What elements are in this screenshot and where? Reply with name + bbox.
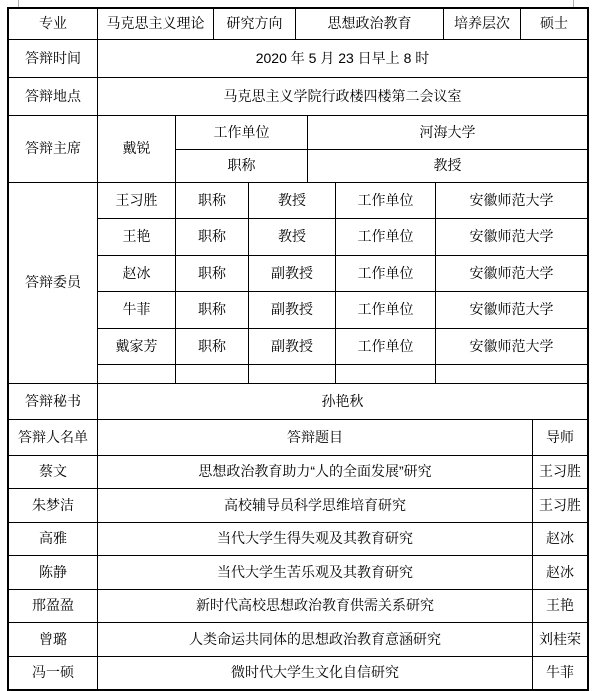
member-title-label: 职称 [176,219,249,254]
defense-row: 陈静 当代大学生苦乐观及其教育研究 赵冰 [9,556,587,589]
defense-time-label: 答辩时间 [9,40,98,77]
defense-place-row: 答辩地点 马克思主义学院行政楼四楼第二会议室 [9,78,587,116]
member-name [98,365,176,383]
secretary-label: 答辩秘书 [9,384,98,419]
member-title-label [176,365,249,383]
member-title-label: 职称 [176,183,249,218]
defense-time-value: 2020 年 5 月 23 日早上 8 时 [98,40,587,77]
candidate-topic: 人类命运共同体的思想政治教育意涵研究 [98,623,533,655]
secretary-value: 孙艳秋 [98,384,587,419]
member-unit-label: 工作单位 [336,256,436,291]
defense-schedule-table: 专业 马克思主义理论 研究方向 思想政治教育 培养层次 硕士 答辩时间 2020… [7,7,589,691]
candidate-topic: 思想政治教育助力“人的全面发展”研究 [98,456,533,488]
major-value: 马克思主义理论 [98,9,214,39]
candidate-advisor: 赵冰 [533,523,587,555]
candidate-topic: 微时代大学生文化自信研究 [98,657,533,689]
candidate-name: 陈静 [9,556,98,588]
major-label: 专业 [9,9,98,39]
candidate-advisor: 王习胜 [533,456,587,488]
committee-member-row: 王习胜 职称 教授 工作单位 安徽师范大学 [98,183,587,219]
defense-row: 朱梦洁 高校辅导员科学思维培育研究 王习胜 [9,489,587,522]
candidate-advisor: 刘桂荣 [533,623,587,655]
candidate-advisor: 王艳 [533,590,587,622]
member-title: 副教授 [249,292,336,327]
defense-topic-header: 答辩题目 [98,420,533,455]
member-unit: 安徽师范大学 [436,183,587,218]
defense-row: 蔡文 思想政治教育助力“人的全面发展”研究 王习胜 [9,456,587,489]
chair-title-row: 职称 教授 [176,150,587,183]
committee-member-row-empty [98,365,587,383]
committee-section: 答辩委员 王习胜 职称 教授 工作单位 安徽师范大学 王艳 职称 教授 工作单位… [9,183,587,384]
defense-place-label: 答辩地点 [9,78,98,115]
member-title: 教授 [249,219,336,254]
member-unit-label: 工作单位 [336,219,436,254]
header-info-row: 专业 马克思主义理论 研究方向 思想政治教育 培养层次 硕士 [9,9,587,40]
candidate-topic: 当代大学生苦乐观及其教育研究 [98,556,533,588]
member-title-label: 职称 [176,292,249,327]
member-unit: 安徽师范大学 [436,219,587,254]
member-unit-label [336,365,436,383]
candidate-topic: 高校辅导员科学思维培育研究 [98,489,533,521]
committee-member-row: 戴家芳 职称 副教授 工作单位 安徽师范大学 [98,329,587,365]
member-unit [436,365,587,383]
defense-chair-name: 戴锐 [98,116,176,182]
member-title-label: 职称 [176,329,249,364]
chair-unit-label: 工作单位 [176,116,308,149]
candidate-advisor: 牛菲 [533,657,587,689]
candidate-name: 高雅 [9,523,98,555]
member-title: 副教授 [249,256,336,291]
defense-schedule-document: { "info": { "major_label": "专业", "major_… [0,0,595,691]
member-title-label: 职称 [176,256,249,291]
defense-list: 蔡文 思想政治教育助力“人的全面发展”研究 王习胜 朱梦洁 高校辅导员科学思维培… [9,456,587,689]
member-title: 教授 [249,183,336,218]
member-unit-label: 工作单位 [336,292,436,327]
defense-chair-section: 答辩主席 戴锐 工作单位 河海大学 职称 教授 [9,116,587,183]
secretary-row: 答辩秘书 孙艳秋 [9,384,587,420]
candidate-advisor: 王习胜 [533,489,587,521]
defense-row: 曾璐 人类命运共同体的思想政治教育意涵研究 刘桂荣 [9,623,587,656]
committee-member-row: 赵冰 职称 副教授 工作单位 安徽师范大学 [98,256,587,292]
defense-advisor-header: 导师 [533,420,587,455]
candidate-name: 曾璐 [9,623,98,655]
member-unit-label: 工作单位 [336,183,436,218]
member-unit-label: 工作单位 [336,329,436,364]
defense-row: 冯一硕 微时代大学生文化自信研究 牛菲 [9,657,587,689]
candidate-name: 朱梦洁 [9,489,98,521]
member-name: 戴家芳 [98,329,176,364]
candidate-topic: 新时代高校思想政治教育供需关系研究 [98,590,533,622]
committee-member-row: 王艳 职称 教授 工作单位 安徽师范大学 [98,219,587,255]
committee-member-row: 牛菲 职称 副教授 工作单位 安徽师范大学 [98,292,587,328]
defense-row: 高雅 当代大学生得失观及其教育研究 赵冰 [9,523,587,556]
candidate-topic: 当代大学生得失观及其教育研究 [98,523,533,555]
defense-row: 邢盈盈 新时代高校思想政治教育供需关系研究 王艳 [9,590,587,623]
member-name: 赵冰 [98,256,176,291]
chair-title-label: 职称 [176,150,308,183]
candidate-name: 邢盈盈 [9,590,98,622]
candidate-name: 蔡文 [9,456,98,488]
candidate-name: 冯一硕 [9,657,98,689]
member-name: 牛菲 [98,292,176,327]
level-label: 培养层次 [444,9,521,39]
defense-name-header: 答辩人名单 [9,420,98,455]
member-unit: 安徽师范大学 [436,329,587,364]
chair-unit-value: 河海大学 [308,116,587,149]
level-value: 硕士 [521,9,587,39]
member-title: 副教授 [249,329,336,364]
member-name: 王艳 [98,219,176,254]
direction-value: 思想政治教育 [296,9,444,39]
direction-label: 研究方向 [214,9,296,39]
chair-title-value: 教授 [308,150,587,183]
chair-unit-row: 工作单位 河海大学 [176,116,587,150]
member-unit: 安徽师范大学 [436,256,587,291]
member-name: 王习胜 [98,183,176,218]
committee-label: 答辩委员 [9,183,98,383]
candidate-advisor: 赵冰 [533,556,587,588]
member-unit: 安徽师范大学 [436,292,587,327]
defense-time-row: 答辩时间 2020 年 5 月 23 日早上 8 时 [9,40,587,78]
defense-list-header-row: 答辩人名单 答辩题目 导师 [9,420,587,456]
member-title [249,365,336,383]
defense-chair-label: 答辩主席 [9,116,98,182]
defense-place-value: 马克思主义学院行政楼四楼第二会议室 [98,78,587,115]
